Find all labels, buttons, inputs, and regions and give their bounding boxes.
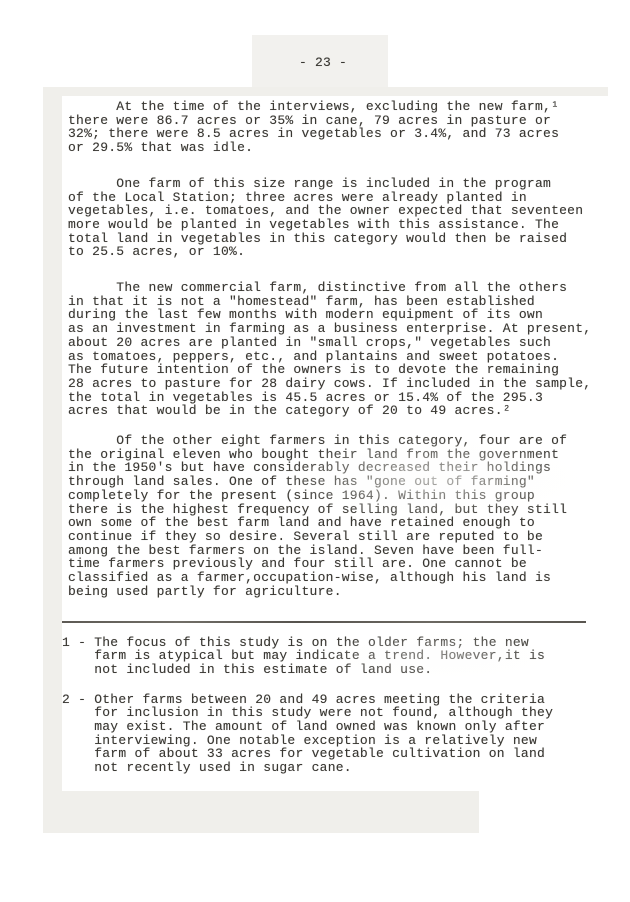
text-line: of the Local Station; three acres were a… — [68, 191, 593, 205]
text-line: the total in vegetables is 45.5 acres or… — [68, 391, 593, 405]
text-line: One farm of this size range is included … — [68, 177, 593, 191]
text-line: during the last few months with modern e… — [68, 308, 593, 322]
text-line: Of the other eight farmers in this categ… — [68, 434, 593, 448]
text-line: continue if they so desire. Several stil… — [68, 530, 593, 544]
paragraph: One farm of this size range is included … — [68, 177, 593, 259]
text-line: about 20 acres are planted in "small cro… — [68, 336, 593, 350]
text-line: vegetables, i.e. tomatoes, and the owner… — [68, 204, 593, 218]
scan-shadow-top — [43, 87, 608, 96]
text-line: there is the highest frequency of sellin… — [68, 503, 593, 517]
text-line: 28 acres to pasture for 28 dairy cows. I… — [68, 377, 593, 391]
text-line: there were 86.7 acres or 35% in cane, 79… — [68, 114, 593, 128]
text-line: for inclusion in this study were not fou… — [62, 706, 593, 720]
footnote-separator — [62, 621, 586, 623]
paragraph: Of the other eight farmers in this categ… — [68, 434, 593, 598]
text-line: the original eleven who bought their lan… — [68, 448, 593, 462]
paragraph: The new commercial farm, distinctive fro… — [68, 281, 593, 418]
scan-shadow-left — [43, 87, 62, 833]
footnotes: 1 - The focus of this study is on the ol… — [62, 636, 593, 775]
text-line: or 29.5% that was idle. — [68, 141, 593, 155]
text-line: 2 - Other farms between 20 and 49 acres … — [62, 693, 593, 707]
text-line: The new commercial farm, distinctive fro… — [68, 281, 593, 295]
document-body: At the time of the interviews, excluding… — [68, 100, 593, 775]
text-line: classified as a farmer,occupation-wise, … — [68, 571, 593, 585]
text-line: to 25.5 acres, or 10%. — [68, 245, 593, 259]
text-line: in that it is not a "homestead" farm, ha… — [68, 295, 593, 309]
text-line: completely for the present (since 1964).… — [68, 489, 593, 503]
text-line: farm of about 33 acres for vegetable cul… — [62, 747, 593, 761]
text-line: as an investment in farming as a busines… — [68, 322, 593, 336]
text-line: interviewing. One notable exception is a… — [62, 734, 593, 748]
text-line: farm is atypical but may indicate a tren… — [62, 649, 593, 663]
text-line: acres that would be in the category of 2… — [68, 404, 593, 418]
footnote: 1 - The focus of this study is on the ol… — [62, 636, 593, 677]
text-line: through land sales. One of these has "go… — [68, 475, 593, 489]
text-line: The future intention of the owners is to… — [68, 363, 593, 377]
text-line: not recently used in sugar cane. — [62, 761, 593, 775]
text-line: time farmers previously and four still a… — [68, 557, 593, 571]
text-line: as tomatoes, peppers, etc., and plantain… — [68, 350, 593, 364]
text-line: 1 - The focus of this study is on the ol… — [62, 636, 593, 650]
text-line: more would be planted in vegetables with… — [68, 218, 593, 232]
text-line: among the best farmers on the island. Se… — [68, 544, 593, 558]
text-line: may exist. The amount of land owned was … — [62, 720, 593, 734]
text-line: being used partly for agriculture. — [68, 585, 593, 599]
paragraph: At the time of the interviews, excluding… — [68, 100, 593, 155]
text-line: At the time of the interviews, excluding… — [68, 100, 593, 114]
text-line: in the 1950's but have considerably decr… — [68, 461, 593, 475]
scan-shadow-bottom — [43, 791, 479, 833]
text-line: total land in vegetables in this categor… — [68, 232, 593, 246]
text-line: own some of the best farm land and have … — [68, 516, 593, 530]
page-number: - 23 - — [68, 55, 578, 70]
text-line: not included in this estimate of land us… — [62, 663, 593, 677]
text-line: 32%; there were 8.5 acres in vegetables … — [68, 127, 593, 141]
footnote: 2 - Other farms between 20 and 49 acres … — [62, 693, 593, 775]
